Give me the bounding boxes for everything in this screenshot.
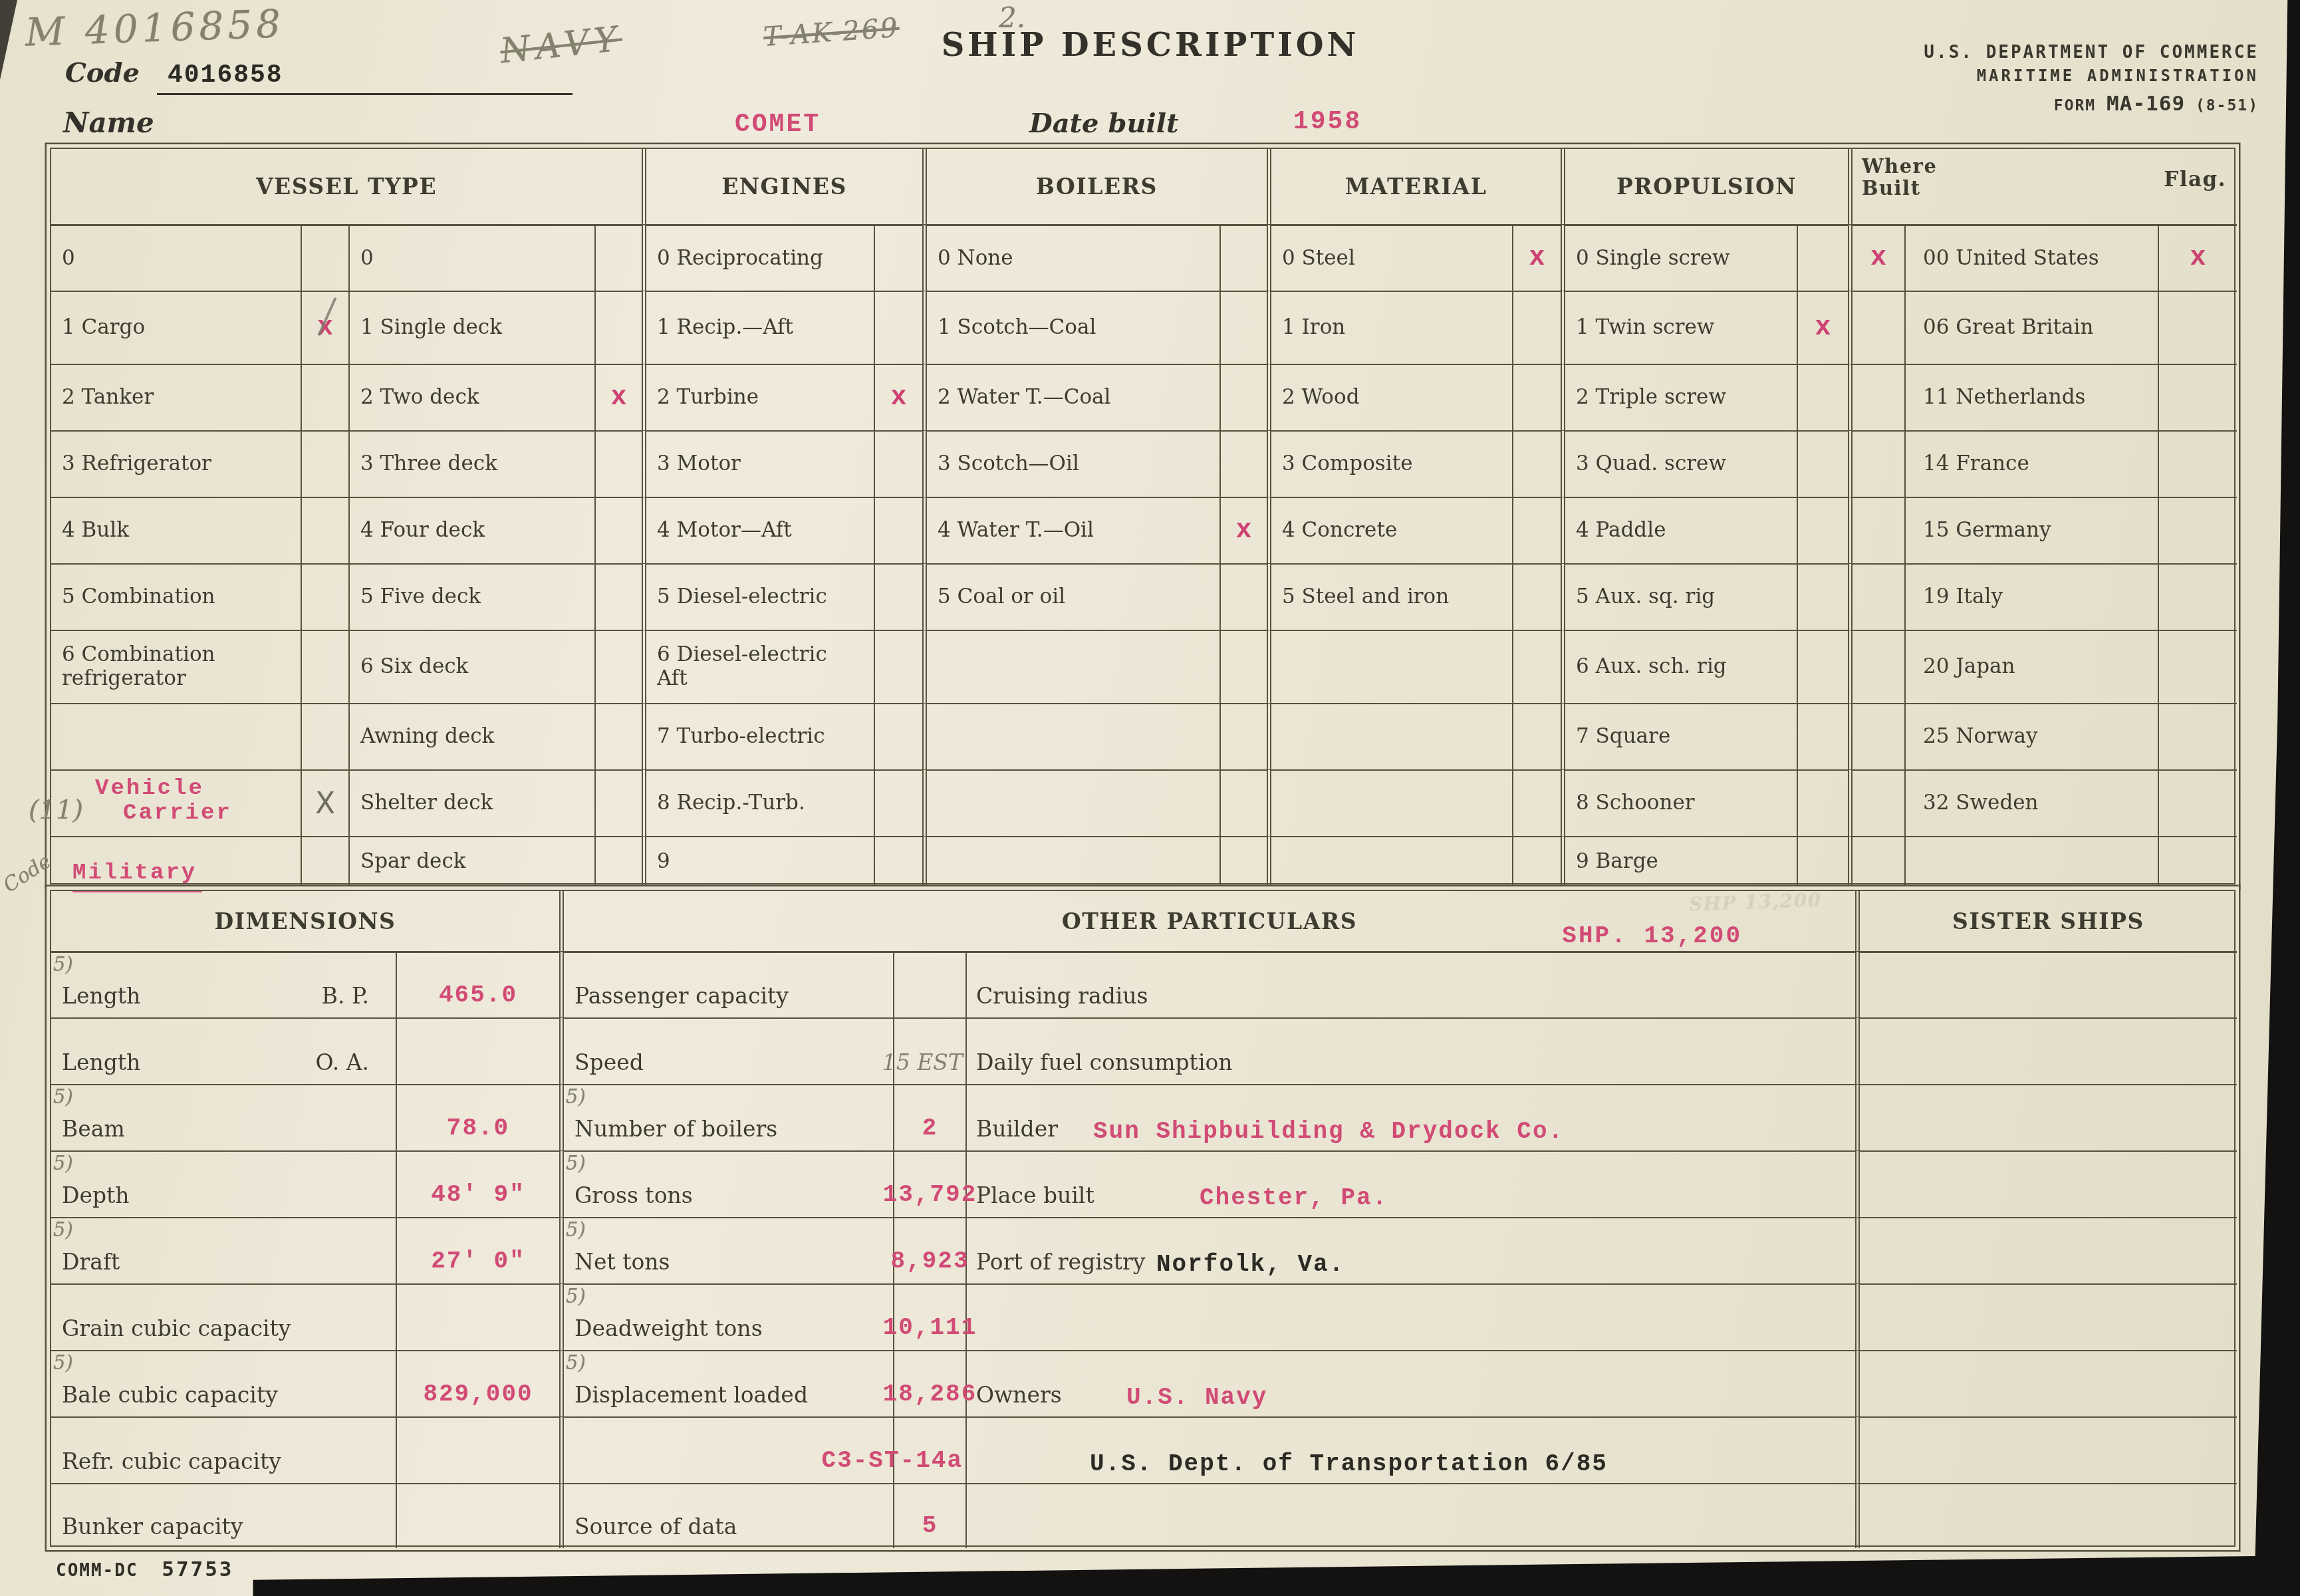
other-particular-cell: [965, 1283, 1855, 1350]
shp-value: SHP. 13,200: [1562, 922, 1742, 950]
mark-cell: [2158, 836, 2237, 886]
other-particular-cell: OwnersU.S. Navy: [965, 1350, 1855, 1416]
mark-cell: [1512, 497, 1561, 563]
other-particular-label: Daily fuel consumption: [976, 1049, 1233, 1075]
other-particular-value: U.S. Dept. of Transportation 6/85: [1090, 1450, 1608, 1478]
particular-value: 15 EST: [882, 1049, 963, 1075]
mark-cell: [874, 430, 922, 497]
mark-cell: [2158, 563, 2237, 630]
option-cell: 3 Scotch—Oil: [922, 430, 1219, 497]
dimension-value-cell: 27' 0": [396, 1217, 559, 1283]
particular-label-cell: Net tons5): [559, 1217, 893, 1283]
other-particular-label: Builder: [976, 1116, 1058, 1142]
mark-cell: [2158, 630, 2237, 703]
option-cell: 5 Five deck: [348, 563, 594, 630]
column-header-engines: ENGINES: [642, 149, 922, 224]
option-cell: 11 Netherlands: [1904, 364, 2158, 430]
x-mark: x: [1235, 516, 1251, 546]
mark-cell: [874, 703, 922, 769]
form-prefix: FORM: [2054, 97, 2096, 114]
mark-cell: [1848, 630, 1904, 703]
particular-value: C3-ST-14a: [822, 1447, 963, 1474]
option-cell: 6 Diesel-electric Aft: [642, 630, 874, 703]
pencil-five-mark: 5): [53, 1152, 73, 1174]
section-header-other-particulars: OTHER PARTICULARSSHP. 13,200SHP 13,200: [559, 891, 1855, 951]
dimension-value: 465.0: [439, 982, 517, 1009]
dimension-value-cell: 48' 9": [396, 1150, 559, 1217]
other-particular-value: U.S. Navy: [1126, 1384, 1267, 1411]
mark-cell: [1848, 703, 1904, 769]
option-cell: 0 None: [922, 224, 1219, 291]
dimension-value: 829,000: [423, 1381, 533, 1408]
pencil-note-registry-number: M 4016858: [25, 1, 285, 55]
option-cell: 6 Combination refrigerator: [51, 630, 301, 703]
sister-ships-cell: [1855, 1416, 2237, 1483]
option-cell: 5 Aux. sq. rig: [1561, 563, 1797, 630]
particular-value-cell: [893, 951, 965, 1017]
dimension-value: 48' 9": [431, 1181, 525, 1208]
particular-value: 8,923: [890, 1248, 969, 1275]
mark-cell: x: [1848, 224, 1904, 291]
mark-cell: [1219, 630, 1267, 703]
mark-cell: [1219, 291, 1267, 364]
dimension-value-cell: 465.0: [396, 951, 559, 1017]
particular-label: Number of boilers: [575, 1116, 777, 1142]
option-cell: 0 Steel: [1267, 224, 1512, 291]
option-cell: 5 Combination: [51, 563, 301, 630]
agency-line-1: U.S. DEPARTMENT OF COMMERCE: [1924, 43, 2259, 63]
dimension-label-cell: Grain cubic capacity: [51, 1283, 396, 1350]
form-edition: (8-51): [2196, 97, 2259, 114]
other-particular-label: Place built: [976, 1182, 1094, 1208]
dimension-label: Depth: [62, 1182, 130, 1208]
mark-cell: [594, 224, 642, 291]
column-header-boilers: BOILERS: [922, 149, 1267, 224]
dimension-label: Refr. cubic capacity: [62, 1448, 281, 1474]
option-cell: [1267, 836, 1512, 886]
dimension-value-cell: [396, 1416, 559, 1483]
mark-cell: [1219, 769, 1267, 836]
particular-value-cell: 8,923: [893, 1217, 965, 1283]
other-particular-value: Sun Shipbuilding & Drydock Co.: [1093, 1118, 1564, 1145]
mark-cell: [1512, 430, 1561, 497]
mark-cell: [1848, 563, 1904, 630]
particular-value-cell: C3-ST-14a: [893, 1416, 965, 1483]
particulars-table: DIMENSIONSOTHER PARTICULARSSHP. 13,200SH…: [50, 890, 2236, 1547]
mark-cell: [874, 630, 922, 703]
x-mark: x: [1529, 243, 1545, 273]
mark-cell: [301, 703, 348, 769]
pencil-five-mark: 5): [53, 1085, 73, 1108]
mark-cell: x: [594, 364, 642, 430]
mark-cell: [1848, 291, 1904, 364]
particular-label: Source of data: [575, 1514, 737, 1539]
comm-dc-label: COMM-DC: [56, 1561, 138, 1581]
dimension-label: Bale cubic capacity: [62, 1382, 278, 1408]
option-cell-vehicle-carrier: Vehicle(11)Carrier: [51, 769, 301, 836]
option-cell: 1 Single deck: [348, 291, 594, 364]
option-cell: [922, 630, 1219, 703]
option-cell: 2 Turbine: [642, 364, 874, 430]
other-particulars-title: OTHER PARTICULARS: [1062, 908, 1357, 934]
particular-value-cell: 2: [893, 1084, 965, 1150]
particular-label-cell: Deadweight tons5): [559, 1283, 893, 1350]
mark-cell: [1797, 430, 1848, 497]
dimension-label-cell: Refr. cubic capacity: [51, 1416, 396, 1483]
option-cell: 2 Wood: [1267, 364, 1512, 430]
mark-cell: [1848, 769, 1904, 836]
sister-ships-cell: [1855, 1350, 2237, 1416]
military-label: Military: [72, 861, 202, 892]
dimension-value-cell: [396, 1017, 559, 1084]
option-cell: [922, 703, 1219, 769]
particular-label-cell: Speed: [559, 1017, 893, 1084]
mark-cell: [1848, 497, 1904, 563]
mark-cell: [1512, 769, 1561, 836]
option-cell: 4 Four deck: [348, 497, 594, 563]
option-cell: 06 Great Britain: [1904, 291, 2158, 364]
option-cell: 4 Water T.—Oil: [922, 497, 1219, 563]
sister-ships-cell: [1855, 1217, 2237, 1283]
sister-ships-cell: [1855, 1017, 2237, 1084]
option-cell: 1 Twin screw: [1561, 291, 1797, 364]
particular-value: 13,792: [883, 1181, 977, 1208]
mark-cell: x: [1219, 497, 1267, 563]
option-cell: 2 Tanker: [51, 364, 301, 430]
option-cell: 32 Sweden: [1904, 769, 2158, 836]
dimension-label-cell: Beam5): [51, 1084, 396, 1150]
option-cell: 5 Coal or oil: [922, 563, 1219, 630]
mark-cell: [594, 430, 642, 497]
column-header-material: MATERIAL: [1267, 149, 1561, 224]
dimension-label: Length: [62, 983, 140, 1009]
other-particular-cell: Port of registryNorfolk, Va.: [965, 1217, 1855, 1283]
dimension-sublabel: B. P.: [322, 983, 369, 1009]
option-cell: 9: [642, 836, 874, 886]
option-cell: 3 Composite: [1267, 430, 1512, 497]
section-header-dimensions: DIMENSIONS: [51, 891, 559, 951]
column-header-flag: Flag.: [2164, 156, 2226, 192]
option-cell: 0: [51, 224, 301, 291]
mark-cell: [594, 836, 642, 886]
option-cell: 1 Recip.—Aft: [642, 291, 874, 364]
option-cell: 3 Three deck: [348, 430, 594, 497]
agency-block: U.S. DEPARTMENT OF COMMERCE MARITIME ADM…: [1924, 43, 2259, 116]
option-cell: 14 France: [1904, 430, 2158, 497]
pencil-note-code-margin: Code: [0, 850, 55, 898]
dimension-label-cell: Bunker capacity: [51, 1483, 396, 1548]
option-cell: 5 Diesel-electric: [642, 563, 874, 630]
mark-cell: [1797, 630, 1848, 703]
mark-cell: [1512, 630, 1561, 703]
mark-cell: X: [301, 769, 348, 836]
mark-cell: [1797, 224, 1848, 291]
option-cell: Awning deck: [348, 703, 594, 769]
mark-cell: [1512, 291, 1561, 364]
dimension-label-cell: Draft5): [51, 1217, 396, 1283]
date-built-value: 1958: [1293, 108, 1362, 136]
sister-ships-cell: [1855, 951, 2237, 1017]
mark-cell: [874, 291, 922, 364]
other-particular-cell: U.S. Dept. of Transportation 6/85: [965, 1416, 1855, 1483]
agency-line-2: MARITIME ADMINISTRATION: [1924, 66, 2259, 85]
option-cell: [1267, 769, 1512, 836]
column-header-where-built: Where Built: [1862, 156, 1937, 200]
other-particular-cell: Daily fuel consumption: [965, 1017, 1855, 1084]
particular-value: 18,286: [883, 1381, 977, 1408]
particular-label: Net tons: [575, 1249, 670, 1275]
mark-cell: [1219, 430, 1267, 497]
mark-cell: [874, 836, 922, 886]
vehicle-label: Vehicle: [95, 776, 204, 802]
x-mark: x: [1870, 243, 1886, 273]
mark-cell: [874, 563, 922, 630]
sister-ships-cell: [1855, 1150, 2237, 1217]
mark-cell: [1219, 224, 1267, 291]
mark-cell: [2158, 497, 2237, 563]
option-cell: 5 Steel and iron: [1267, 563, 1512, 630]
pencil-note-navy-crossed: NAVY: [498, 19, 624, 72]
option-cell: 0: [348, 224, 594, 291]
option-cell: 7 Square: [1561, 703, 1797, 769]
pencil-five-mark: 5): [53, 953, 73, 976]
classification-table: VESSEL TYPEENGINESBOILERSMATERIALPROPULS…: [50, 148, 2236, 884]
dimension-value-cell: [396, 1483, 559, 1548]
other-particular-value: Chester, Pa.: [1200, 1184, 1388, 1212]
mark-cell: [301, 224, 348, 291]
x-mark: x: [2190, 243, 2206, 273]
particular-label-cell: Number of boilers5): [559, 1084, 893, 1150]
mark-cell: [301, 563, 348, 630]
sister-ships-cell: [1855, 1283, 2237, 1350]
particular-label-cell: Source of data: [559, 1483, 893, 1548]
form-number-line: FORM MA-169 (8-51): [1924, 92, 2259, 116]
mark-cell: [2158, 703, 2237, 769]
particular-value-cell: 5: [893, 1483, 965, 1548]
option-cell: 3 Quad. screw: [1561, 430, 1797, 497]
mark-cell: x: [1797, 291, 1848, 364]
particular-label-cell: Passenger capacity: [559, 951, 893, 1017]
mark-cell: [594, 703, 642, 769]
mark-cell: [594, 769, 642, 836]
pencil-five-mark: 5): [53, 1351, 73, 1374]
mark-cell: [1219, 836, 1267, 886]
mark-cell: [1219, 364, 1267, 430]
dimension-sublabel: O. A.: [316, 1049, 369, 1075]
option-cell: 20 Japan: [1904, 630, 2158, 703]
column-header-vessel-type: VESSEL TYPE: [51, 149, 642, 224]
option-cell: 6 Six deck: [348, 630, 594, 703]
option-cell: 7 Turbo-electric: [642, 703, 874, 769]
mark-cell: [1797, 703, 1848, 769]
ship-description-form-scan: M 4016858 NAVY T-AK-269 2. SHIP DESCRIPT…: [0, 0, 2300, 1596]
other-particular-label: Cruising radius: [976, 983, 1148, 1009]
mark-cell: [301, 364, 348, 430]
particular-label: Displacement loaded: [575, 1382, 808, 1408]
form-number: MA-169: [2107, 92, 2185, 116]
option-cell: 4 Concrete: [1267, 497, 1512, 563]
mark-cell: [594, 563, 642, 630]
other-particular-cell: Cruising radius: [965, 951, 1855, 1017]
mark-cell: [301, 497, 348, 563]
dimension-value-cell: 829,000: [396, 1350, 559, 1416]
option-cell: Spar deck: [348, 836, 594, 886]
mark-cell: [1797, 836, 1848, 886]
option-cell: 9 Barge: [1561, 836, 1797, 886]
mark-cell: [1512, 703, 1561, 769]
other-particular-cell: Place builtChester, Pa.: [965, 1150, 1855, 1217]
name-field-value: COMET: [735, 110, 821, 139]
mark-cell: [1512, 364, 1561, 430]
particular-label-cell: Gross tons5): [559, 1150, 893, 1217]
column-header-where-built-flag: Where BuiltFlag.: [1848, 149, 2237, 224]
particular-value: 2: [922, 1115, 938, 1142]
particular-value: 10,111: [883, 1314, 977, 1341]
option-cell: 1 Cargo: [51, 291, 301, 364]
pencil-five-mark: 5): [566, 1351, 586, 1374]
mark-cell: x: [874, 364, 922, 430]
option-cell: 8 Schooner: [1561, 769, 1797, 836]
particular-label: Passenger capacity: [575, 983, 789, 1009]
other-particular-label: Owners: [976, 1382, 1062, 1408]
other-particular-cell: [965, 1483, 1855, 1548]
option-cell: 2 Two deck: [348, 364, 594, 430]
mark-cell: x: [2158, 224, 2237, 291]
pencil-five-mark: 5): [566, 1085, 586, 1108]
sister-ships-cell: [1855, 1084, 2237, 1150]
dimension-value-cell: 78.0: [396, 1084, 559, 1150]
name-underline: [122, 144, 1010, 146]
mark-cell: [874, 497, 922, 563]
option-cell: 4 Motor—Aft: [642, 497, 874, 563]
mark-cell: [1512, 836, 1561, 886]
code-underline: [157, 93, 573, 95]
particular-label-cell: Displacement loaded5): [559, 1350, 893, 1416]
date-built-label: Date built: [1029, 108, 1178, 139]
option-cell: 19 Italy: [1904, 563, 2158, 630]
section-header-sister-ships: SISTER SHIPS: [1855, 891, 2237, 951]
option-cell: 3 Motor: [642, 430, 874, 497]
mark-cell: x: [1512, 224, 1561, 291]
mark-cell: [594, 497, 642, 563]
column-header-propulsion: PROPULSION: [1561, 149, 1848, 224]
dimension-label-cell: LengthO. A.: [51, 1017, 396, 1084]
mark-cell: [874, 224, 922, 291]
x-mark: x: [610, 383, 626, 413]
option-cell: 2 Triple screw: [1561, 364, 1797, 430]
particular-value-cell: 13,792: [893, 1150, 965, 1217]
particular-value-cell: 10,111: [893, 1283, 965, 1350]
mark-cell: [301, 836, 348, 886]
mark-cell: [2158, 291, 2237, 364]
pencil-five-mark: 5): [566, 1152, 586, 1174]
mark-cell: [1219, 703, 1267, 769]
particular-value: 5: [922, 1512, 938, 1539]
mark-cell: [594, 630, 642, 703]
option-cell: [51, 703, 301, 769]
date-built-underline: [1185, 144, 2199, 146]
option-cell: 4 Bulk: [51, 497, 301, 563]
mark-cell: [1797, 563, 1848, 630]
dimension-label-cell: LengthB. P.5): [51, 951, 396, 1017]
name-field-label: Name: [63, 106, 154, 139]
sister-ships-cell: [1855, 1483, 2237, 1548]
mark-cell: [1848, 430, 1904, 497]
particular-value-cell: 18,286: [893, 1350, 965, 1416]
particular-label: Speed: [575, 1049, 644, 1075]
pencil-five-mark: 5): [53, 1218, 73, 1241]
mark-cell: [2158, 430, 2237, 497]
pencil-code-11: (11): [29, 795, 83, 825]
particular-value-cell: 15 EST: [893, 1017, 965, 1084]
option-cell: Shelter deck: [348, 769, 594, 836]
mark-cell: [301, 630, 348, 703]
other-particular-value: Norfolk, Va.: [1156, 1251, 1344, 1278]
option-cell: [922, 836, 1219, 886]
option-cell: 15 Germany: [1904, 497, 2158, 563]
code-field-value: 4016858: [168, 61, 283, 90]
mark-cell: [594, 291, 642, 364]
option-cell-military: Military: [51, 836, 301, 886]
form-print-code: COMM-DC 57753: [56, 1557, 234, 1581]
mark-cell: [1797, 769, 1848, 836]
mark-cell: [1512, 563, 1561, 630]
pencil-note-tak-crossed: T-AK-269: [763, 13, 900, 53]
mark-cell: [301, 430, 348, 497]
x-mark: x: [1815, 313, 1831, 343]
mark-cell: [1219, 563, 1267, 630]
option-cell: 25 Norway: [1904, 703, 2158, 769]
pencil-five-mark: 5): [566, 1285, 586, 1307]
mark-cell: [1848, 364, 1904, 430]
dimension-label: Beam: [62, 1116, 125, 1142]
other-particular-cell: BuilderSun Shipbuilding & Drydock Co.: [965, 1084, 1855, 1150]
code-field-label: Code: [65, 57, 140, 88]
option-cell: [1267, 703, 1512, 769]
carrier-label: Carrier: [123, 801, 232, 827]
dimension-label-cell: Bale cubic capacity5): [51, 1350, 396, 1416]
mark-cell: [2158, 364, 2237, 430]
option-cell: 2 Water T.—Coal: [922, 364, 1219, 430]
option-cell: 1 Iron: [1267, 291, 1512, 364]
dimension-value-cell: [396, 1283, 559, 1350]
dimension-value: 27' 0": [431, 1248, 525, 1275]
mark-cell: x: [301, 291, 348, 364]
other-particular-label: Port of registry: [976, 1249, 1145, 1275]
pencil-x-mark: X: [315, 787, 335, 821]
mark-cell: [2158, 769, 2237, 836]
pencil-five-mark: 5): [566, 1218, 586, 1241]
dimension-label: Grain cubic capacity: [62, 1315, 291, 1341]
mark-cell: [1797, 364, 1848, 430]
option-cell: 0 Reciprocating: [642, 224, 874, 291]
x-mark: x: [890, 383, 906, 413]
option-cell: 3 Refrigerator: [51, 430, 301, 497]
particular-label: Deadweight tons: [575, 1315, 763, 1341]
particular-label: Gross tons: [575, 1182, 693, 1208]
option-cell: 4 Paddle: [1561, 497, 1797, 563]
option-cell: [1904, 836, 2158, 886]
pencil-ghost-shp: SHP 13,200: [1689, 889, 1823, 916]
dimension-label: Bunker capacity: [62, 1514, 243, 1539]
option-cell: [1267, 630, 1512, 703]
option-cell: 1 Scotch—Coal: [922, 291, 1219, 364]
mark-cell: [1848, 836, 1904, 886]
dimension-label: Length: [62, 1049, 140, 1075]
option-cell: 8 Recip.-Turb.: [642, 769, 874, 836]
dimension-value: 78.0: [447, 1115, 509, 1142]
option-cell: 6 Aux. sch. rig: [1561, 630, 1797, 703]
